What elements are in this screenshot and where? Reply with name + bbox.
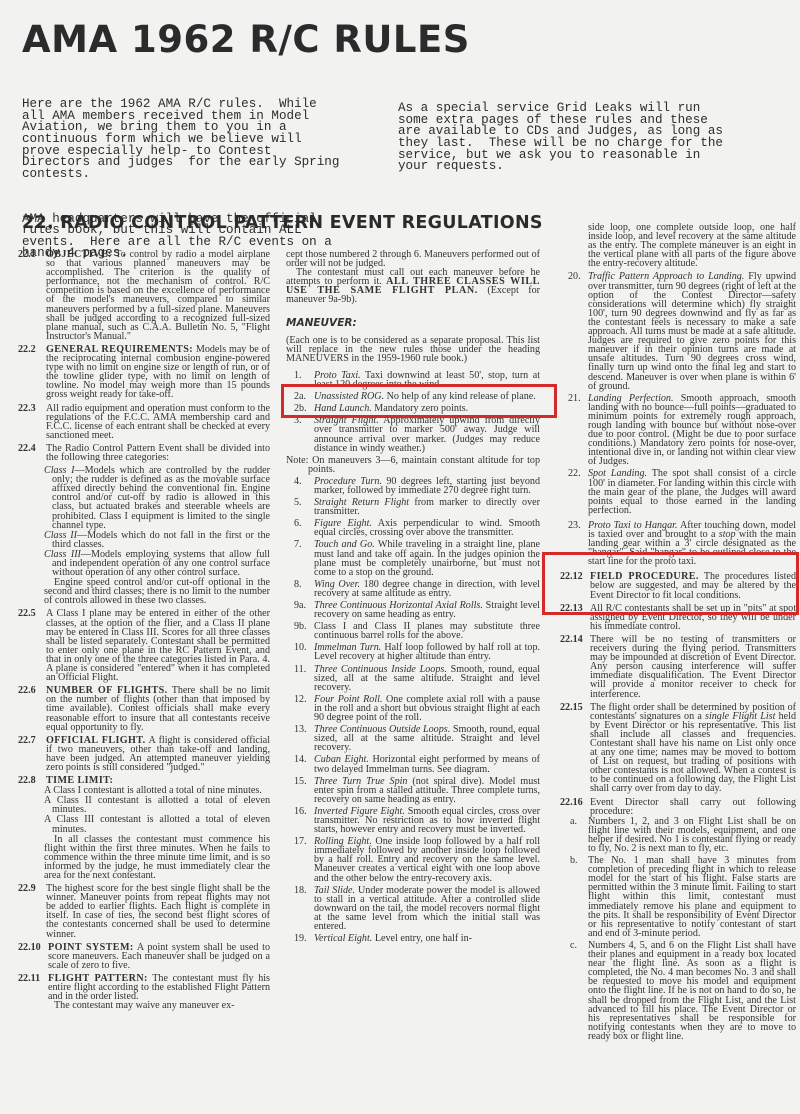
maneuver-item: 11.Three Continuous Inside Loops. Smooth…	[286, 665, 540, 692]
document-page: AMA 1962 R/C RULES Here are the 1962 AMA…	[0, 0, 800, 1114]
procedure-item: b.The No. 1 man shall have 3 minutes fro…	[560, 856, 796, 938]
maneuver-item: 15.Three Turn True Spin (not spiral dive…	[286, 777, 540, 804]
time-limit-item: A Class I contestant is allotted a total…	[18, 786, 270, 795]
maneuver-item: 9b.Class I and Class II planes may subst…	[286, 622, 540, 640]
rule-number: 22.10	[18, 943, 41, 952]
maneuver-number: 8.	[294, 580, 302, 589]
procedure-text: Numbers 1, 2, and 3 on Flight List shall…	[560, 817, 796, 853]
rule-number: 22.3	[18, 404, 36, 413]
rule-number: 22.8	[18, 776, 36, 785]
maneuver-item: 8.Wing Over. 180 degree change in direct…	[286, 580, 540, 598]
rule-text: Event Director shall carry out following…	[560, 798, 796, 816]
rule-number: 22.6	[18, 686, 36, 695]
rule-number: 22.15	[560, 703, 583, 712]
maneuver-item: 1.Proto Taxi. Taxi downwind at least 50'…	[286, 371, 540, 389]
maneuver-item: 7.Touch and Go. While traveling in a str…	[286, 540, 540, 576]
rule-text: The Radio Control Pattern Event shall be…	[18, 444, 270, 462]
maneuver-number: 4.	[294, 477, 302, 486]
rule-lead: TIME LIMIT:	[18, 776, 270, 785]
class-text: —Models which do not fall in the first o…	[52, 530, 270, 550]
procedure-item: a.Numbers 1, 2, and 3 on Flight List sha…	[560, 817, 796, 853]
class-text: —Models which are controlled by the rudd…	[52, 465, 270, 531]
rule-number: 22.13	[560, 604, 583, 613]
maneuver-number: 15.	[294, 777, 307, 786]
rule-22-14: 22.14 There will be no testing of transm…	[560, 635, 796, 699]
maneuver-text: Class I and Class II planes may substitu…	[286, 622, 540, 640]
rule-22-2: 22.2 GENERAL REQUIREMENTS: Models may be…	[18, 345, 270, 400]
rule-text: All radio equipment and operation must c…	[18, 404, 270, 440]
rule-number: 22.2	[18, 345, 36, 354]
maneuver-number: 21.	[568, 394, 581, 403]
maneuver-item: 22.Spot Landing. The spot shall consist …	[560, 469, 796, 514]
rule-number: 22.5	[18, 609, 36, 618]
maneuver-number: 13.	[294, 725, 307, 734]
rule-22-4: 22.4 The Radio Control Pattern Event sha…	[18, 444, 270, 462]
rule-number: 22.4	[18, 444, 36, 453]
rule-text: To control by radio a model airplane so …	[46, 249, 270, 342]
rule-22-1: 22.1 OBJECTIVE: To control by radio a mo…	[18, 250, 270, 341]
procedure-label: a.	[570, 817, 577, 826]
maneuver-name: Vertical Eight.	[314, 933, 372, 944]
continuation-text: The contestant must call out each maneuv…	[286, 268, 540, 304]
maneuver-text: Mandatory zero points.	[374, 403, 468, 414]
maneuver-item: 4.Procedure Turn. 90 degrees left, start…	[286, 477, 540, 495]
maneuver-number: 10.	[294, 643, 307, 652]
intro-paragraph: Here are the 1962 AMA R/C rules. While a…	[22, 99, 342, 180]
maneuver-name: Hand Launch.	[314, 403, 372, 414]
maneuver-heading: MANEUVER:	[286, 319, 540, 328]
rule-number: 22.1	[18, 250, 36, 259]
rule-22-11: 22.11 FLIGHT PATTERN: The contestant mus…	[18, 974, 270, 1001]
continuation-text: side loop, one complete outside loop, on…	[560, 223, 796, 268]
procedure-label: b.	[570, 856, 578, 865]
maneuver-item: 2b.Hand Launch. Mandatory zero points.	[286, 404, 540, 413]
rule-22-5: 22.5 A Class I plane may be entered in e…	[18, 609, 270, 682]
rule-text: There will be no testing of transmitters…	[560, 635, 796, 699]
maneuver-number: 9b.	[294, 622, 307, 631]
rule-22-4-tail: Engine speed control and/or cut-off opti…	[18, 578, 270, 605]
page-title: AMA 1962 R/C RULES	[22, 18, 470, 61]
rule-text: A Class I plane may be entered in either…	[18, 609, 270, 682]
continuation-text: cept those numbered 2 through 6. Maneuve…	[286, 250, 540, 268]
maneuver-item: 9a.Three Continuous Horizontal Axial Rol…	[286, 601, 540, 619]
intro-service-note: As a special service Grid Leaks will run…	[398, 103, 738, 173]
rule-22-11-tail: The contestant may waive any maneuver ex…	[18, 1001, 270, 1010]
maneuver-item: 19.Vertical Eight. Level entry, one half…	[286, 934, 540, 943]
rule-number: 22.9	[18, 884, 36, 893]
maneuver-number: 6.	[294, 519, 302, 528]
maneuver-number: 16.	[294, 807, 307, 816]
rule-number: 22.12	[560, 572, 583, 581]
maneuver-item: 2a.Unassisted ROG. No help of any kind r…	[286, 392, 540, 401]
rule-22-13: 22.13 All R/C contestants shall be set u…	[560, 604, 796, 631]
maneuver-item: 14.Cuban Eight. Horizontal eight perform…	[286, 755, 540, 773]
maneuver-item: 23.Proto Taxi to Hangar. After touching …	[560, 521, 796, 566]
rule-22-7: 22.7 OFFICIAL FLIGHT. A flight is consid…	[18, 736, 270, 772]
maneuver-item: 13.Three Continuous Outside Loops. Smoot…	[286, 725, 540, 752]
column-1: 22.1 OBJECTIVE: To control by radio a mo…	[18, 250, 270, 1014]
maneuver-item: 3.Straight Flight. Approximately upwind …	[286, 416, 540, 452]
time-limit-item: A Class III contestant is allotted a tot…	[18, 815, 270, 833]
class-text: —Models employing systems that allow ful…	[52, 549, 270, 578]
rule-22-9: 22.9 The highest score for the best sing…	[18, 884, 270, 939]
maneuver-item: 17.Rolling Eight. One inside loop follow…	[286, 837, 540, 882]
maneuver-text: Level entry, one half in-	[375, 933, 472, 944]
column-2: cept those numbered 2 through 6. Maneuve…	[286, 250, 540, 946]
maneuver-preamble: (Each one is to be considered as a separ…	[286, 336, 540, 363]
maneuver-item: 12.Four Point Roll. One complete axial r…	[286, 695, 540, 722]
maneuver-number: 12.	[294, 695, 307, 704]
column-3: side loop, one complete outside loop, on…	[560, 223, 796, 1044]
procedure-label: c.	[570, 941, 577, 950]
maneuver-number: 11.	[294, 665, 306, 674]
time-limit-item: A Class II contestant is allotted a tota…	[18, 796, 270, 814]
maneuver-item: 16.Inverted Figure Eight. Smooth equal c…	[286, 807, 540, 834]
maneuver-text: Smooth approach, smooth landing with no …	[588, 393, 796, 468]
class-ii-definition: Class II—Models which do not fall in the…	[18, 531, 270, 549]
rule-text: The highest score for the best single fl…	[18, 884, 270, 939]
maneuver-item: 18.Tail Slide. Under moderate power the …	[286, 886, 540, 931]
maneuver-number: 2a.	[294, 392, 306, 401]
maneuver-item: 21.Landing Perfection. Smooth approach, …	[560, 394, 796, 467]
intro-right: As a special service Grid Leaks will run…	[398, 80, 738, 196]
maneuver-item: 20.Traffic Pattern Approach to Landing. …	[560, 272, 796, 390]
rule-22-15: 22.15 The flight order shall be determin…	[560, 703, 796, 794]
note-text: On maneuvers 3—6, maintain constant alti…	[308, 455, 540, 475]
maneuver-number: 14.	[294, 755, 307, 764]
maneuver-item: 10.Immelman Turn. Half loop followed by …	[286, 643, 540, 661]
maneuver-number: 7.	[294, 540, 302, 549]
maneuver-number: 1.	[294, 371, 302, 380]
rule-22-16: 22.16 Event Director shall carry out fol…	[560, 798, 796, 816]
rule-22-3: 22.3 All radio equipment and operation m…	[18, 404, 270, 440]
rule-22-10: 22.10 POINT SYSTEM: A point system shall…	[18, 943, 270, 970]
maneuver-text: No help of any kind release of plane.	[387, 391, 536, 402]
procedure-item: c.Numbers 4, 5, and 6 on the Flight List…	[560, 941, 796, 1041]
maneuver-name: Unassisted ROG.	[314, 391, 384, 402]
section-heading: 22. RADIO CONTROL PATTERN EVENT REGULATI…	[22, 213, 543, 233]
rule-text: held by Event Director or his representa…	[590, 711, 796, 795]
rule-22-6: 22.6 NUMBER OF FLIGHTS. There shall be n…	[18, 686, 270, 731]
maneuver-number: 2b.	[294, 404, 307, 413]
rule-text: Models may be of the reciprocating inter…	[46, 344, 270, 400]
procedure-text: The No. 1 man shall have 3 minutes from …	[560, 856, 796, 938]
rule-number: 22.11	[18, 974, 40, 983]
maneuver-number: 9a.	[294, 601, 306, 610]
class-i-definition: Class I—Models which are controlled by t…	[18, 466, 270, 530]
rule-text: All R/C contestants shall be set up in "…	[560, 604, 796, 631]
maneuver-note: Note: On maneuvers 3—6, maintain constan…	[286, 456, 540, 474]
rule-number: 22.16	[560, 798, 583, 807]
rule-number: 22.7	[18, 736, 36, 745]
rule-number: 22.14	[560, 635, 583, 644]
note-label: Note:	[286, 455, 308, 466]
maneuver-number: 5.	[294, 498, 302, 507]
class-iii-definition: Class III—Models employing systems that …	[18, 550, 270, 577]
maneuver-number: 23.	[568, 521, 581, 530]
maneuver-text: Fly upwind over transmitter, turn 90 deg…	[588, 271, 796, 391]
maneuver-item: 6.Figure Eight. Axis perpendicular to wi…	[286, 519, 540, 537]
procedure-text: Numbers 4, 5, and 6 on the Flight List s…	[560, 941, 796, 1041]
maneuver-number: 19.	[294, 934, 307, 943]
maneuver-item: 5.Straight Return Flight from marker to …	[286, 498, 540, 516]
maneuver-number: 22.	[568, 469, 581, 478]
maneuver-number: 17.	[294, 837, 307, 846]
maneuver-number: 20.	[568, 272, 581, 281]
rule-22-8: 22.8 TIME LIMIT:	[18, 776, 270, 785]
maneuver-number: 3.	[294, 416, 302, 425]
rule-22-12: 22.12 FIELD PROCEDURE. The procedures li…	[560, 572, 796, 599]
rule-22-8-tail: In all classes the contestant must comme…	[18, 835, 270, 880]
maneuver-number: 18.	[294, 886, 307, 895]
